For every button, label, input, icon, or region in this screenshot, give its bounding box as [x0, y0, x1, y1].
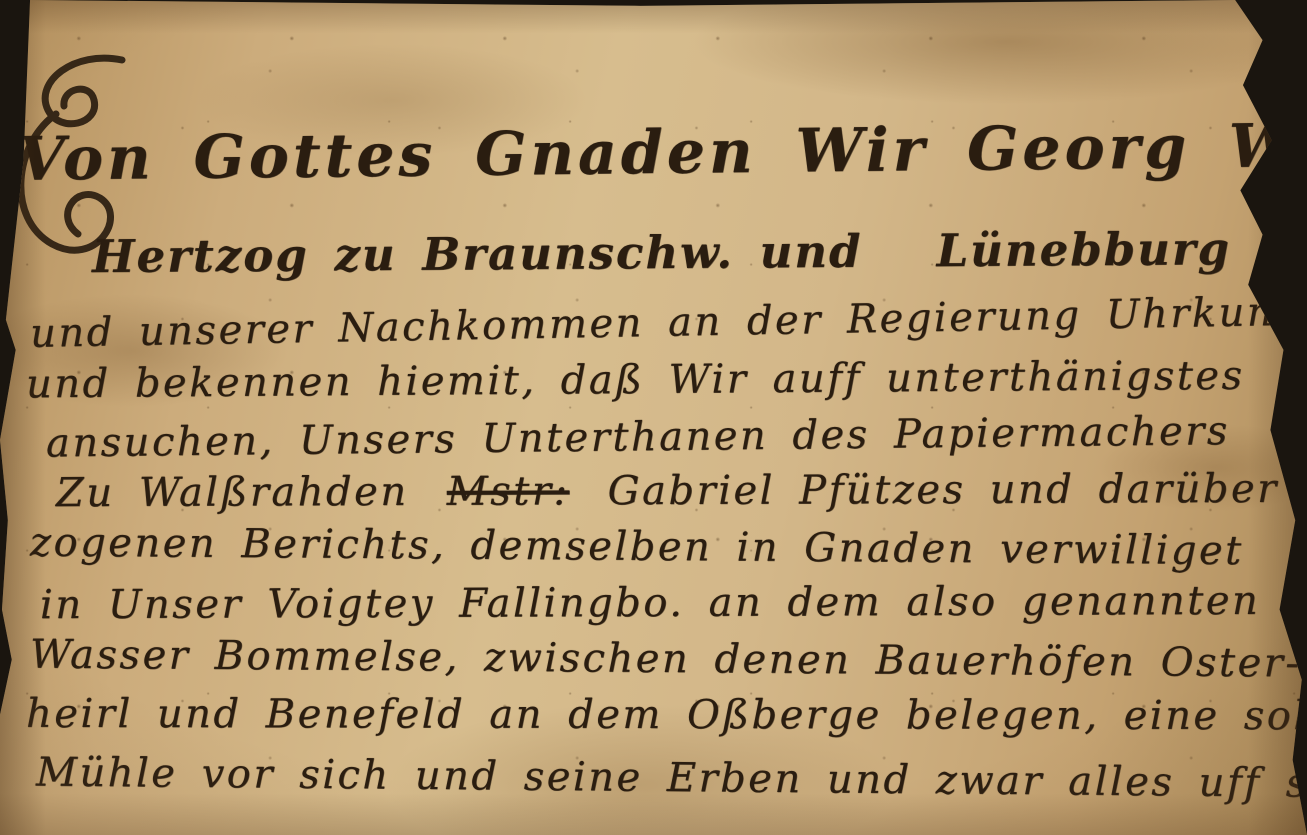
manuscript-line-9: Wasser Bommelse, zwischen denen Bauerhöf… [30, 632, 1280, 687]
manuscript-line-11: Mühle vor sich und seine Erben und zwar … [36, 750, 1286, 807]
line6-struck-word: Mstr: [447, 468, 570, 514]
manuscript-line-2: Hertzog zu Braunschw. und Lünebburg ; Vo… [92, 222, 1282, 283]
manuscript-page: Von Gottes Gnaden Wir Georg Wilhelm Hert… [0, 0, 1307, 835]
manuscript-line-6: Zu Walßrahden Mstr: Gabriel Pfützes und … [56, 466, 1306, 516]
manuscript-scan: Von Gottes Gnaden Wir Georg Wilhelm Hert… [0, 0, 1307, 835]
manuscript-line-10: heirl und Benefeld an dem Oßberge belege… [26, 691, 1276, 739]
manuscript-line-7: zogenen Berichts, demselben in Gnaden ve… [30, 520, 1280, 575]
manuscript-line-8: in Unser Voigtey Fallingbo. an dem also … [40, 578, 1290, 628]
line2-middle: Lünebburg ; [936, 222, 1275, 277]
manuscript-line-4: und bekennen hiemit, daß Wir auff untert… [26, 353, 1276, 408]
manuscript-line-5: ansuchen, Unsers Unterthanen des Papierm… [46, 407, 1296, 466]
line6-pre: Zu Walßrahden [56, 469, 409, 516]
manuscript-line-1: Von Gottes Gnaden Wir Georg Wilhelm [18, 111, 1299, 194]
line6-post: Gabriel Pfützes und darüber einge- [608, 465, 1307, 514]
line2-left: Hertzog zu Braunschw. und [92, 225, 863, 283]
manuscript-line-3: und unserer Nachkommen an der Regierung … [30, 289, 1281, 357]
